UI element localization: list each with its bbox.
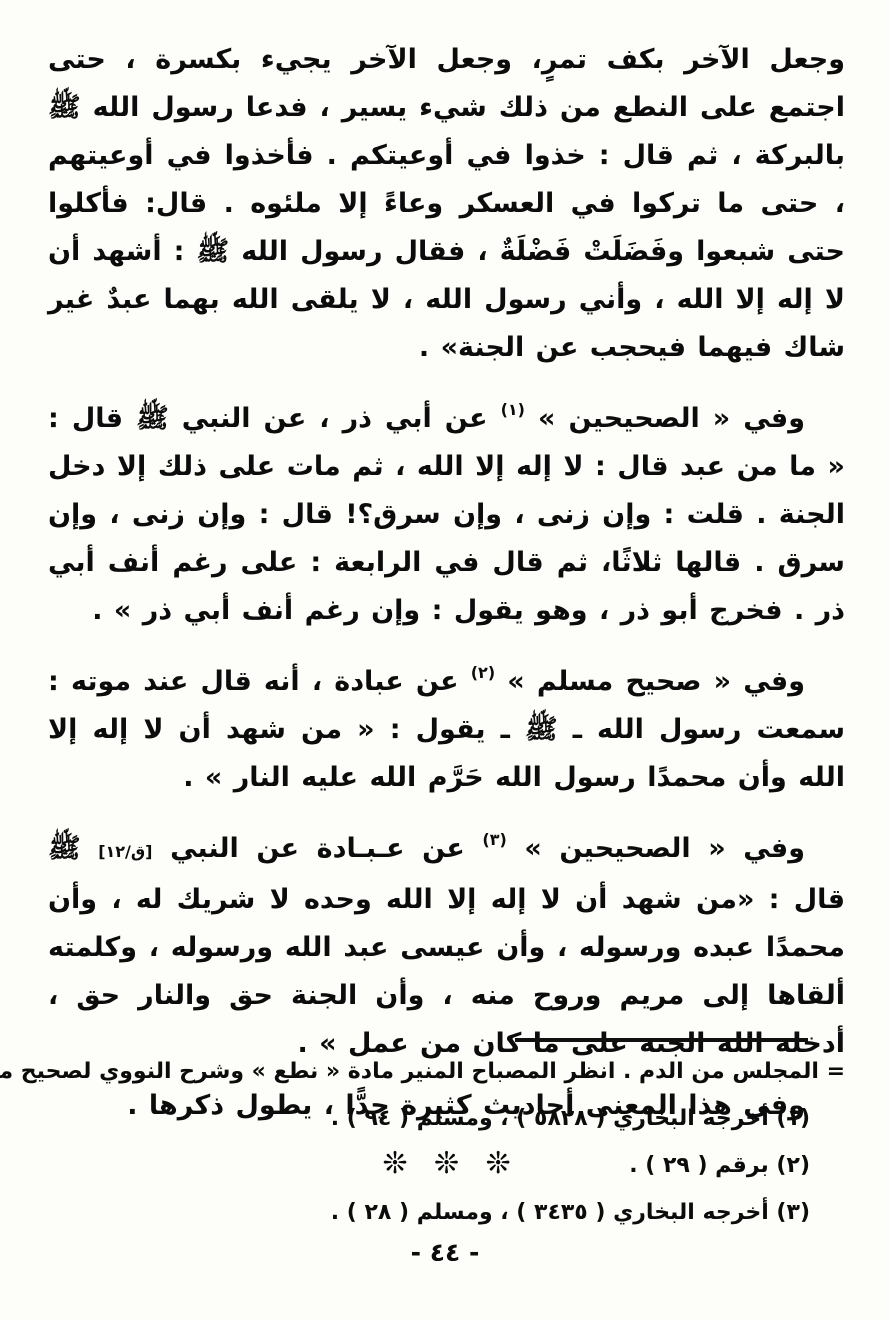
footnote-separator-rule	[515, 1038, 808, 1042]
footnote-line-1: (١) أخرجه البخاري ( ٥٨٢٨ ) ، ومسلم ( ٩٤ …	[45, 1095, 845, 1142]
footnotes-block: = المجلس من الدم . انظر المصباح المنير م…	[45, 1048, 845, 1236]
paragraph-4: وفي « الصحيحين » (٣) عن عـبـادة عن النبي…	[48, 816, 845, 1068]
paragraph-2-text-cont: عن أبي ذر ، عن النبي ﷺ قال : « ما من عبد…	[48, 403, 845, 626]
paragraph-3: وفي « صحيح مسلم » (٢) عن عبادة ، أنه قال…	[48, 649, 845, 802]
manuscript-folio-marker: [ق/١٢]	[98, 842, 152, 861]
paragraph-1-text: وجعل الآخر بكف تمرٍ، وجعل الآخر يجيء بكس…	[48, 44, 845, 363]
paragraph-1: وجعل الآخر بكف تمرٍ، وجعل الآخر يجيء بكس…	[48, 36, 845, 372]
page-number: - ٤٤ -	[0, 1238, 890, 1267]
footnote-continuation-line: = المجلس من الدم . انظر المصباح المنير م…	[45, 1048, 845, 1095]
paragraph-3-text: وفي « صحيح مسلم »	[495, 666, 805, 697]
footnote-ref-2: (٢)	[471, 663, 495, 682]
book-page: وجعل الآخر بكف تمرٍ، وجعل الآخر يجيء بكس…	[0, 0, 890, 1320]
footnote-line-3: (٣) أخرجه البخاري ( ٣٤٣٥ ) ، ومسلم ( ٢٨ …	[45, 1189, 845, 1236]
footnote-ref-3: (٣)	[482, 830, 506, 849]
paragraph-2: وفي « الصحيحين » (١) عن أبي ذر ، عن النب…	[48, 386, 845, 635]
paragraph-2-text: وفي « الصحيحين »	[525, 403, 805, 434]
paragraph-4-text-cont: عن عـبـادة عن النبي	[153, 833, 483, 864]
paragraph-4-text-end: ﷺ قال : «من شهد أن لا إله إلا الله وحده …	[48, 833, 845, 1059]
main-text-block: وجعل الآخر بكف تمرٍ، وجعل الآخر يجيء بكس…	[48, 36, 845, 1181]
paragraph-4-text: وفي « الصحيحين »	[507, 833, 805, 864]
footnote-ref-1: (١)	[501, 400, 525, 419]
footnote-line-2: (٢) برقم ( ٢٩ ) .	[45, 1142, 845, 1189]
